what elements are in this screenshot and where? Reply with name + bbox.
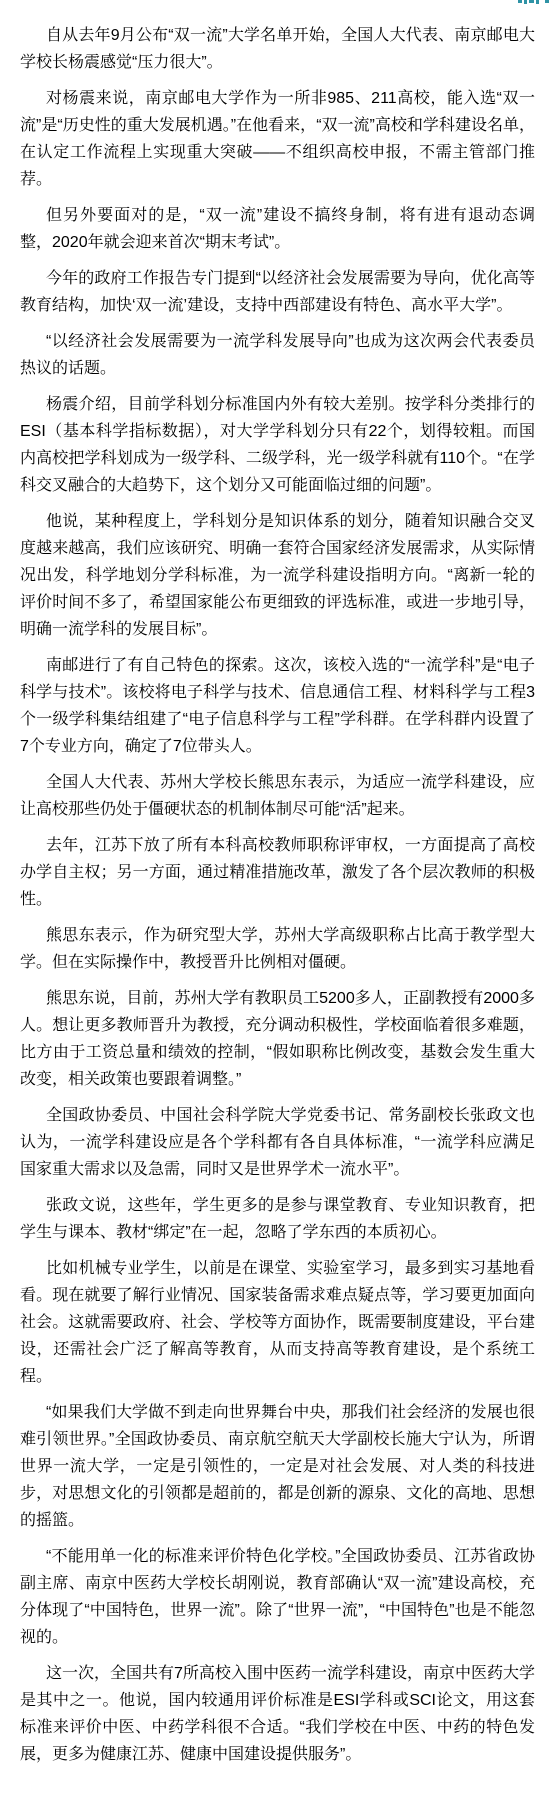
article-paragraph: 但另外要面对的是，“双一流”建设不搞终身制，将有进有退动态调整，2020年就会迎…: [20, 202, 535, 256]
article-paragraph: “以经济社会发展需要为一流学科发展导向”也成为这次两会代表委员热议的话题。: [20, 328, 535, 382]
article-paragraph: 南邮进行了有自己特色的探索。这次，该校入选的“一流学科”是“电子科学与技术”。该…: [20, 652, 535, 760]
article-paragraph: 去年，江苏下放了所有本科高校教师职称评审权，一方面提高了高校办学自主权；另一方面…: [20, 832, 535, 913]
article-paragraph: “如果我们大学做不到走向世界舞台中央，那我们社会经济的发展也很难引领世界。”全国…: [20, 1399, 535, 1534]
article-paragraph: 全国政协委员、中国社会科学院大学党委书记、常务副校长张政文也认为，一流学科建设应…: [20, 1102, 535, 1183]
article-paragraph: 张政文说，这些年，学生更多的是参与课堂教育、专业知识教育，把学生与课本、教材“绑…: [20, 1192, 535, 1246]
article-paragraph: 杨震介绍，目前学科划分标准国内外有较大差别。按学科分类排行的ESI（基本科学指标…: [20, 391, 535, 499]
article-paragraph: 今年的政府工作报告专门提到“以经济社会发展需要为导向，优化高等教育结构，加快‘双…: [20, 265, 535, 319]
article-paragraph: 熊思东说，目前，苏州大学有教职员工5200多人，正副教授有2000多人。想让更多…: [20, 985, 535, 1093]
article-paragraph: 自从去年9月公布“双一流”大学名单开始，全国人大代表、南京邮电大学校长杨震感觉“…: [20, 22, 535, 76]
article-paragraph: 对杨震来说，南京邮电大学作为一所非985、211高校，能入选“双一流”是“历史性…: [20, 85, 535, 193]
article-paragraph: 他说，某种程度上，学科划分是知识体系的划分，随着知识融合交叉度越来越高，我们应该…: [20, 508, 535, 643]
article-paragraph: 这一次，全国共有7所高校入围中医药一流学科建设，南京中医药大学是其中之一。他说，…: [20, 1660, 535, 1768]
article-paragraph: 熊思东表示，作为研究型大学，苏州大学高级职称占比高于教学型大学。但在实际操作中，…: [20, 922, 535, 976]
article-paragraph: 比如机械专业学生，以前是在课堂、实验室学习，最多到实习基地看看。现在就要了解行业…: [20, 1255, 535, 1390]
clipped-link-fragment: [518, 0, 549, 4]
article-paragraph: “不能用单一化的标准来评价特色化学校。”全国政协委员、江苏省政协副主席、南京中医…: [20, 1543, 535, 1651]
article-body: 自从去年9月公布“双一流”大学名单开始，全国人大代表、南京邮电大学校长杨震感觉“…: [0, 0, 554, 1799]
article-paragraph: 全国人大代表、苏州大学校长熊思东表示，为适应一流学科建设，应让高校那些仍处于僵硬…: [20, 769, 535, 823]
